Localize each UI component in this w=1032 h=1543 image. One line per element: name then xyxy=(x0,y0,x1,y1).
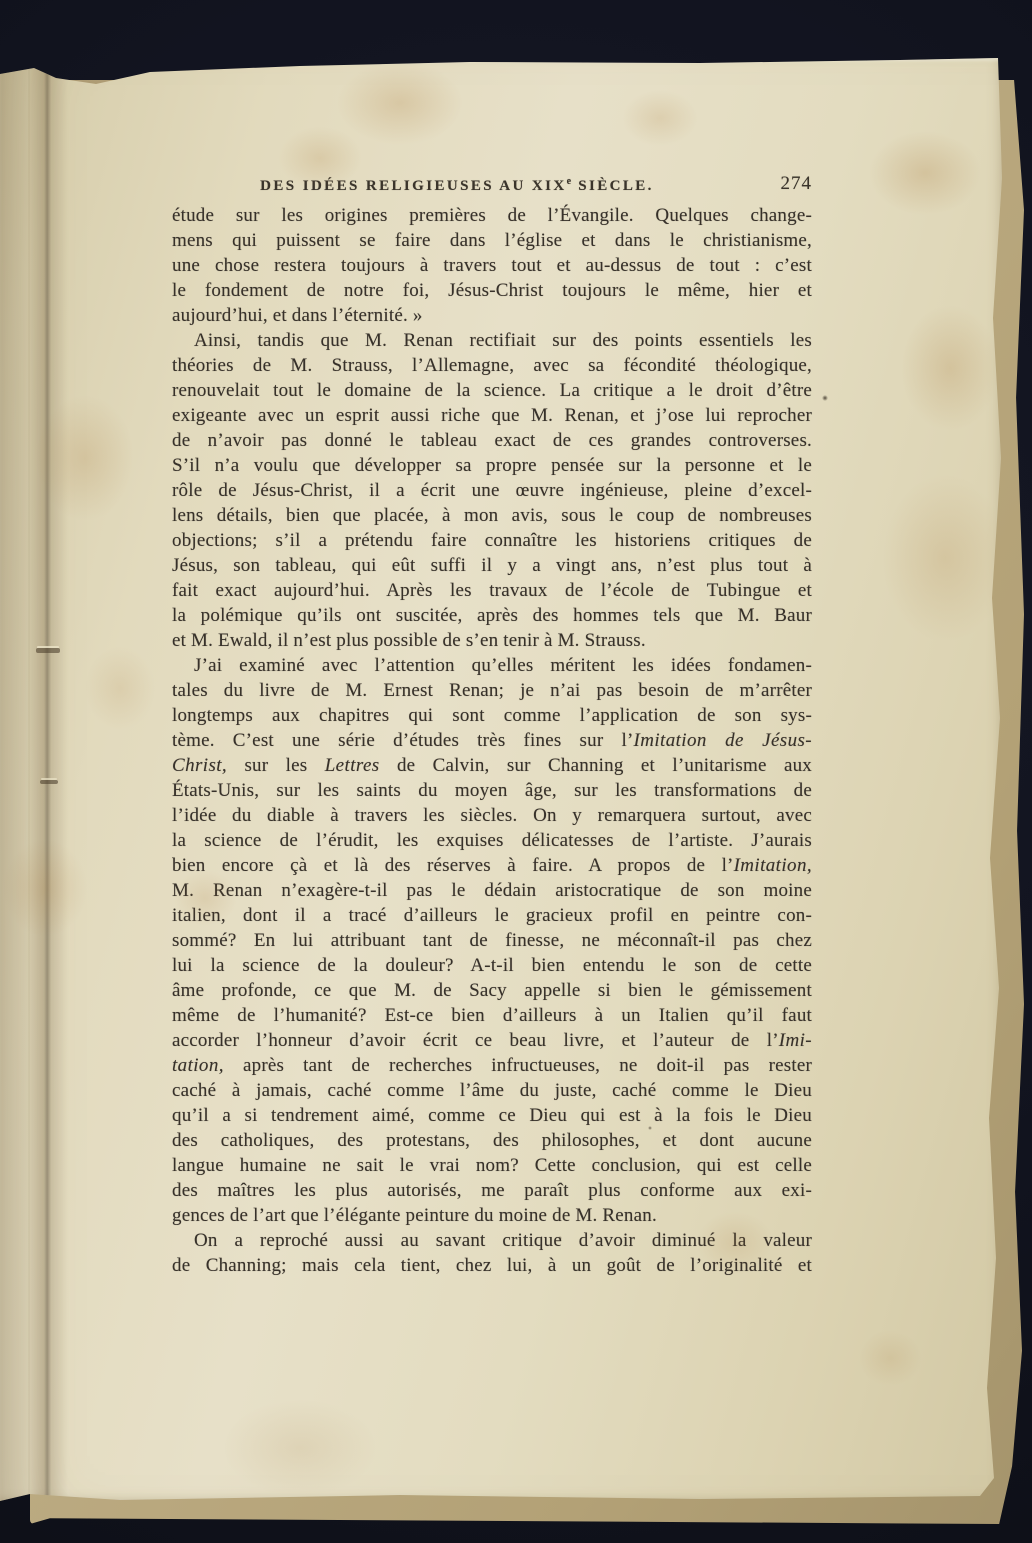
text-line: la polémique qu’ils ont suscitée, après … xyxy=(172,603,812,628)
text-line: bien encore çà et là des réserves à fair… xyxy=(172,853,812,878)
book-scan: DES IDÉES RELIGIEUSES AU XIXe SIÈCLE. 27… xyxy=(0,0,1032,1543)
text-segment: caché à jamais, caché comme l’âme du jus… xyxy=(172,1080,812,1101)
paragraph: J’ai examiné avec l’attention qu’elles m… xyxy=(172,653,812,1228)
text-line: même de l’humanité? Est-ce bien d’ailleu… xyxy=(172,1003,812,1028)
text-line: M. Renan n’exagère-t-il pas le dédain ar… xyxy=(172,878,812,903)
text-segment: gences de l’art que l’élégante peinture … xyxy=(172,1205,657,1226)
italic-text-segment: Imitation de Jésus- xyxy=(634,730,813,751)
text-segment: On a reproché aussi au savant critique d… xyxy=(194,1230,812,1251)
text-line: des catholiques, des protestans, des phi… xyxy=(172,1128,812,1153)
text-line: accorder l’honneur d’avoir écrit ce beau… xyxy=(172,1028,812,1053)
text-line: Jésus, son tableau, qui eût suffi il y a… xyxy=(172,553,812,578)
text-line: italien, dont il a tracé d’ailleurs le g… xyxy=(172,903,812,928)
text-line: tales du livre de M. Ernest Renan; je n’… xyxy=(172,678,812,703)
text-segment: théories de M. Strauss, l’Allemagne, ave… xyxy=(172,355,812,376)
text-line: une chose restera toujours à travers tou… xyxy=(172,253,812,278)
text-segment: lui la science de la douleur? A-t-il bie… xyxy=(172,955,812,976)
text-line: gences de l’art que l’élégante peinture … xyxy=(172,1203,812,1228)
text-segment: rôle de Jésus-Christ, il a écrit une œuv… xyxy=(172,480,812,501)
paragraph: Ainsi, tandis que M. Renan rectifiait su… xyxy=(172,328,812,653)
text-segment: langue humaine ne sait le vrai nom? Cett… xyxy=(172,1155,812,1176)
text-segment: âme profonde, ce que M. de Sacy appelle … xyxy=(172,980,812,1001)
text-segment: lens détails, bien que placée, à mon avi… xyxy=(172,505,812,526)
italic-text-segment: tation, xyxy=(172,1055,224,1076)
text-line: le fondement de notre foi, Jésus-Christ … xyxy=(172,278,812,303)
text-line: lui la science de la douleur? A-t-il bie… xyxy=(172,953,812,978)
text-line: étude sur les origines premières de l’Év… xyxy=(172,203,812,228)
text-segment: l’idée du diable à travers les siècles. … xyxy=(172,805,812,826)
text-line: qu’il a si tendrement aimé, comme ce Die… xyxy=(172,1103,812,1128)
text-line: exigeante avec un esprit aussi riche que… xyxy=(172,403,812,428)
book-page: DES IDÉES RELIGIEUSES AU XIXe SIÈCLE. 27… xyxy=(0,58,1004,1502)
text-segment: sommé? En lui attribuant tant de finesse… xyxy=(172,930,812,951)
text-line: caché à jamais, caché comme l’âme du jus… xyxy=(172,1078,812,1103)
text-line: tème. C’est une série d’études très fine… xyxy=(172,728,812,753)
text-segment: une chose restera toujours à travers tou… xyxy=(172,255,812,276)
text-line: fait exact aujourd’hui. Après les travau… xyxy=(172,578,812,603)
binding-stitch xyxy=(40,780,58,784)
italic-text-segment: Imi- xyxy=(779,1030,812,1051)
text-line: renouvelait tout le domaine de la scienc… xyxy=(172,378,812,403)
text-line: lens détails, bien que placée, à mon avi… xyxy=(172,503,812,528)
text-segment: étude sur les origines premières de l’Év… xyxy=(172,205,812,226)
text-segment: Ainsi, tandis que M. Renan rectifiait su… xyxy=(194,330,812,351)
text-segment: J’ai examiné avec l’attention qu’elles m… xyxy=(194,655,812,676)
text-line: sommé? En lui attribuant tant de finesse… xyxy=(172,928,812,953)
text-segment: des catholiques, des protestans, des phi… xyxy=(172,1130,812,1151)
text-segment: après tant de recherches infructueuses, … xyxy=(224,1055,812,1076)
text-segment: de Channing; mais cela tient, chez lui, … xyxy=(172,1255,812,1276)
binding-stitch xyxy=(36,648,60,653)
text-line: longtemps aux chapitres qui sont comme l… xyxy=(172,703,812,728)
text-segment: même de l’humanité? Est-ce bien d’ailleu… xyxy=(172,1005,812,1026)
text-line: âme profonde, ce que M. de Sacy appelle … xyxy=(172,978,812,1003)
text-segment: tales du livre de M. Ernest Renan; je n’… xyxy=(172,680,812,701)
italic-text-segment: Lettres xyxy=(325,755,380,776)
text-segment: exigeante avec un esprit aussi riche que… xyxy=(172,405,812,426)
text-line: langue humaine ne sait le vrai nom? Cett… xyxy=(172,1153,812,1178)
italic-text-segment: Christ, xyxy=(172,755,227,776)
text-line: mens qui puissent se faire dans l’église… xyxy=(172,228,812,253)
text-segment: accorder l’honneur d’avoir écrit ce beau… xyxy=(172,1030,779,1051)
text-line: J’ai examiné avec l’attention qu’elles m… xyxy=(172,653,812,678)
text-line: aujourd’hui, et dans l’éternité. » xyxy=(172,303,812,328)
page-number: 274 xyxy=(781,173,813,195)
text-segment: et M. Ewald, il n’est plus possible de s… xyxy=(172,630,646,651)
text-line: États-Unis, sur les saints du moyen âge,… xyxy=(172,778,812,803)
text-segment: de Calvin, sur Channing et l’unitarisme … xyxy=(380,755,812,776)
text-line: tation, après tant de recherches infruct… xyxy=(172,1053,812,1078)
text-segment: Jésus, son tableau, qui eût suffi il y a… xyxy=(172,555,812,576)
text-segment: renouvelait tout le domaine de la scienc… xyxy=(172,380,812,401)
text-segment: S’il n’a voulu que développer sa propre … xyxy=(172,455,812,476)
text-segment: le fondement de notre foi, Jésus-Christ … xyxy=(172,280,812,301)
text-segment: la polémique qu’ils ont suscitée, après … xyxy=(172,605,812,626)
text-segment: des maîtres les plus autorisés, me paraî… xyxy=(172,1180,812,1201)
text-line: rôle de Jésus-Christ, il a écrit une œuv… xyxy=(172,478,812,503)
running-title-text: DES IDÉES RELIGIEUSES AU XIX xyxy=(260,178,566,194)
text-line: Ainsi, tandis que M. Renan rectifiait su… xyxy=(172,328,812,353)
italic-text-segment: Imitation, xyxy=(734,855,812,876)
paragraph: On a reproché aussi au savant critique d… xyxy=(172,1228,812,1278)
text-line: S’il n’a voulu que développer sa propre … xyxy=(172,453,812,478)
text-segment: tème. C’est une série d’études très fine… xyxy=(172,730,634,751)
text-segment: aujourd’hui, et dans l’éternité. » xyxy=(172,305,423,326)
text-segment: États-Unis, sur les saints du moyen âge,… xyxy=(172,780,812,801)
text-segment: M. Renan n’exagère-t-il pas le dédain ar… xyxy=(172,880,812,901)
text-segment: bien encore çà et là des réserves à fair… xyxy=(172,855,734,876)
page-header: DES IDÉES RELIGIEUSES AU XIXe SIÈCLE. 27… xyxy=(172,176,812,206)
text-line: théories de M. Strauss, l’Allemagne, ave… xyxy=(172,353,812,378)
text-line: la science de l’érudit, les exquises dél… xyxy=(172,828,812,853)
text-segment: italien, dont il a tracé d’ailleurs le g… xyxy=(172,905,812,926)
text-segment: longtemps aux chapitres qui sont comme l… xyxy=(172,705,812,726)
text-segment: objections; s’il a prétendu faire connaî… xyxy=(172,530,812,551)
running-title-text: SIÈCLE. xyxy=(572,178,654,194)
text-line: On a reproché aussi au savant critique d… xyxy=(172,1228,812,1253)
text-line: objections; s’il a prétendu faire connaî… xyxy=(172,528,812,553)
text-segment: qu’il a si tendrement aimé, comme ce Die… xyxy=(172,1105,812,1126)
text-block: étude sur les origines premières de l’Év… xyxy=(172,203,812,1278)
facing-page-shade xyxy=(0,58,30,1502)
running-title: DES IDÉES RELIGIEUSES AU XIXe SIÈCLE. xyxy=(172,176,742,195)
text-segment: fait exact aujourd’hui. Après les travau… xyxy=(172,580,812,601)
text-segment: la science de l’érudit, les exquises dél… xyxy=(172,830,812,851)
text-line: de Channing; mais cela tient, chez lui, … xyxy=(172,1253,812,1278)
paragraph: étude sur les origines premières de l’Év… xyxy=(172,203,812,328)
text-segment: sur les xyxy=(227,755,325,776)
text-segment: mens qui puissent se faire dans l’église… xyxy=(172,230,812,251)
text-line: et M. Ewald, il n’est plus possible de s… xyxy=(172,628,812,653)
text-segment: de n’avoir pas donné le tableau exact de… xyxy=(172,430,812,451)
text-line: de n’avoir pas donné le tableau exact de… xyxy=(172,428,812,453)
text-line: l’idée du diable à travers les siècles. … xyxy=(172,803,812,828)
text-line: Christ, sur les Lettres de Calvin, sur C… xyxy=(172,753,812,778)
text-line: des maîtres les plus autorisés, me paraî… xyxy=(172,1178,812,1203)
